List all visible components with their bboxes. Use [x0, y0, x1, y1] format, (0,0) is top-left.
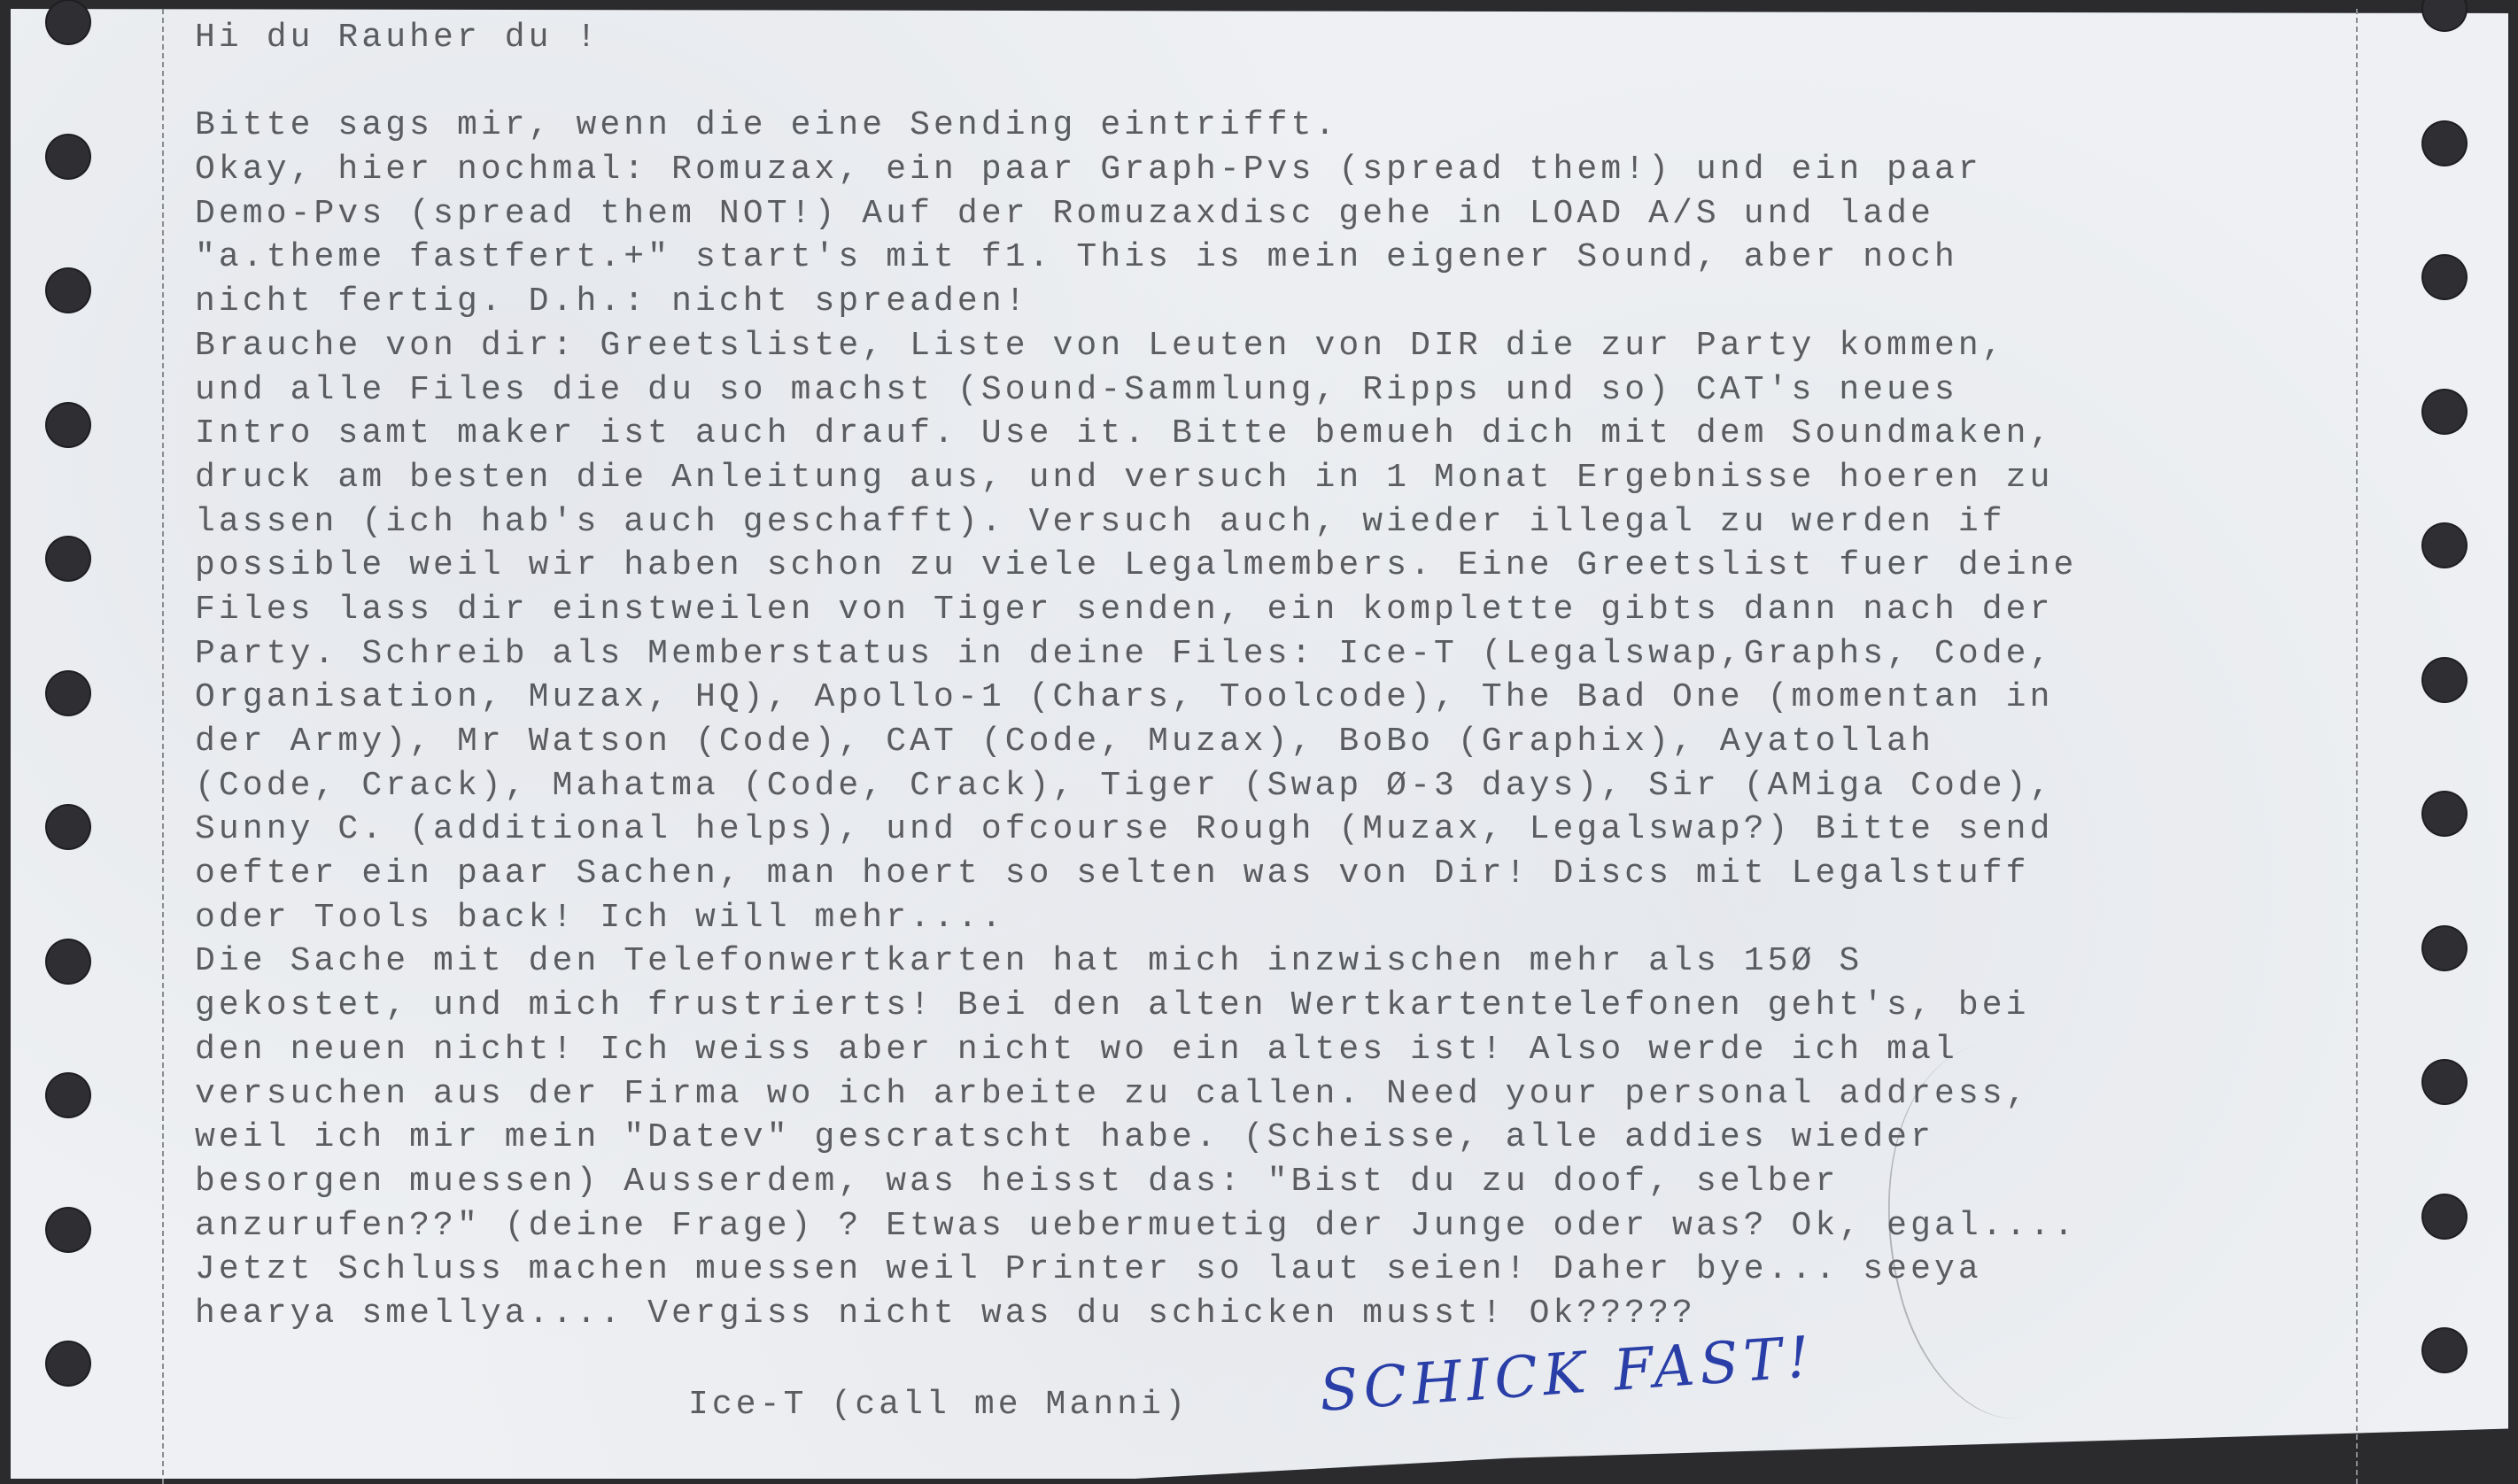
letter-line: Organisation, Muzax, HQ), Apollo-1 (Char…	[195, 676, 2077, 720]
tractor-hole-icon	[2423, 1061, 2466, 1103]
signature-line: Ice-T (call me Manni)	[688, 1386, 1189, 1424]
letter-line: den neuen nicht! Ich weiss aber nicht wo…	[195, 1028, 2077, 1072]
tractor-hole-icon	[47, 1, 89, 43]
tractor-hole-icon	[47, 1074, 89, 1117]
tractor-hole-icon	[2423, 1195, 2466, 1238]
letter-line: Files lass dir einstweilen von Tiger sen…	[195, 588, 2077, 632]
tractor-hole-icon	[47, 135, 89, 178]
letter-line: besorgen muessen) Ausserdem, was heisst …	[195, 1160, 2077, 1204]
letter-line: Okay, hier nochmal: Romuzax, ein paar Gr…	[195, 148, 2077, 192]
letter-line: "a.theme fastfert.+" start's mit f1. Thi…	[195, 236, 2077, 280]
letter-line: nicht fertig. D.h.: nicht spreaden!	[195, 280, 2077, 324]
tractor-hole-icon	[2423, 256, 2466, 298]
letter-line	[195, 60, 2077, 104]
letter-line: gekostet, und mich frustrierts! Bei den …	[195, 984, 2077, 1028]
tractor-hole-icon	[2423, 122, 2466, 165]
tractor-hole-icon	[2423, 659, 2466, 701]
letter-line: druck am besten die Anleitung aus, und v…	[195, 456, 2077, 500]
letter-line: (Code, Crack), Mahatma (Code, Crack), Ti…	[195, 764, 2077, 808]
letter-line: Jetzt Schluss machen muessen weil Printe…	[195, 1248, 2077, 1292]
letter-line: lassen (ich hab's auch geschafft). Versu…	[195, 500, 2077, 545]
letter-body: Hi du Rauher du !Bitte sags mir, wenn di…	[195, 16, 2077, 1336]
tractor-hole-icon	[47, 672, 89, 715]
tractor-hole-icon	[47, 940, 89, 983]
letter-line: Hi du Rauher du !	[195, 16, 2077, 60]
tractor-hole-icon	[47, 1342, 89, 1385]
letter-line: oder Tools back! Ich will mehr....	[195, 896, 2077, 940]
letter-line: Party. Schreib als Memberstatus in deine…	[195, 632, 2077, 676]
right-perforation-line	[2356, 9, 2358, 1484]
tractor-hole-icon	[47, 537, 89, 580]
tractor-hole-icon	[47, 269, 89, 312]
letter-line: Die Sache mit den Telefonwertkarten hat …	[195, 939, 2077, 984]
letter-line: Brauche von dir: Greetsliste, Liste von …	[195, 324, 2077, 368]
letter-line: weil ich mir mein "Datev" gescratscht ha…	[195, 1116, 2077, 1160]
tractor-hole-icon	[47, 1209, 89, 1251]
tractor-hole-icon	[47, 806, 89, 848]
letter-line: oefter ein paar Sachen, man hoert so sel…	[195, 852, 2077, 896]
letter-line: anzurufen??" (deine Frage) ? Etwas ueber…	[195, 1204, 2077, 1248]
left-perforation-line	[162, 9, 164, 1484]
letter-line: possible weil wir haben schon zu viele L…	[195, 544, 2077, 588]
tractor-hole-icon	[2423, 390, 2466, 433]
tractor-hole-icon	[47, 404, 89, 446]
letter-line: Bitte sags mir, wenn die eine Sending ei…	[195, 104, 2077, 148]
letter-line: Intro samt maker ist auch drauf. Use it.…	[195, 412, 2077, 456]
letter-line: versuchen aus der Firma wo ich arbeite z…	[195, 1072, 2077, 1117]
tractor-hole-icon	[2423, 927, 2466, 970]
letter-line: Sunny C. (additional helps), und ofcours…	[195, 808, 2077, 852]
tractor-hole-icon	[2423, 524, 2466, 567]
tractor-hole-icon	[2423, 1329, 2466, 1372]
letter-line: Demo-Pvs (spread them NOT!) Auf der Romu…	[195, 192, 2077, 236]
tractor-hole-icon	[2423, 792, 2466, 835]
letter-line: der Army), Mr Watson (Code), CAT (Code, …	[195, 720, 2077, 764]
letter-line: und alle Files die du so machst (Sound-S…	[195, 368, 2077, 413]
